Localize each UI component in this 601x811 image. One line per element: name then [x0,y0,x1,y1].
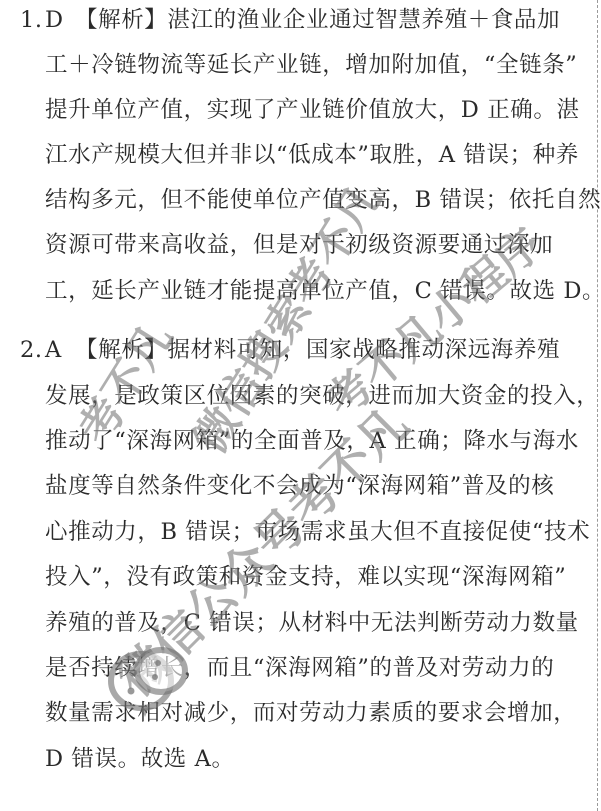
wechat-logo-icon [103,643,193,723]
q2-number: 2. [20,337,45,363]
q1-number: 1. [20,7,45,33]
q1-line-7: 工，延长产业链才能提高单位产值，C 错误。故选 D。 [45,278,545,304]
q1-line-2: 工＋冷链物流等延长产业链，增加附加值，“全链条” [45,52,545,78]
q2-line-1: 2.A【解析】据材料可知，国家战略推动深远海养殖 [20,337,520,363]
q2-line-10: D 错误。故选 A。 [45,746,545,772]
q1-line-4: 江水产规模大但并非以“低成本”取胜，A 错误；种养 [45,142,545,168]
q2-analysis-tag: 【解析】 [75,337,167,363]
q1-line-3: 提升单位产值，实现了产业链价值放大，D 正确。湛 [45,97,545,123]
q1-line-5: 结构多元，但不能使单位产值变高，B 错误；依托自然 [45,187,545,213]
q2-line-7: 养殖的普及，C 错误；从材料中无法判断劳动力数量 [45,610,545,636]
q1-text: 湛江的渔业企业通过智慧养殖＋食品加 [167,7,560,33]
q2-text: 据材料可知，国家战略推动深远海养殖 [167,337,560,363]
watermark-text-2: 微信搜索考不凡 [175,169,392,464]
answer-explanation-page: 1.D【解析】湛江的渔业企业通过智慧养殖＋食品加 工＋冷链物流等延长产业链，增加… [0,0,601,811]
q1-answer: D [45,7,75,33]
q1-line-1: 1.D【解析】湛江的渔业企业通过智慧养殖＋食品加 [20,7,520,33]
q1-line-6: 资源可带来高收益，但是对于初级资源要通过深加 [45,232,545,258]
q2-line-6: 投入”，没有政策和资金支持，难以实现“深海网箱” [45,564,545,590]
q1-analysis-tag: 【解析】 [75,7,167,33]
q2-line-5: 心推动力，B 错误；市场需求虽大但不直接促使“技术 [45,519,545,545]
q2-line-4: 盐度等自然条件变化不会成为“深海网箱”普及的核 [45,473,545,499]
q2-answer: A [45,337,75,363]
q2-line-2: 发展，是政策区位因素的突破，进而加大资金的投入， [45,383,545,409]
q2-line-3: 推动了“深海网箱”的全面普及，A 正确；降水与海水 [45,428,545,454]
